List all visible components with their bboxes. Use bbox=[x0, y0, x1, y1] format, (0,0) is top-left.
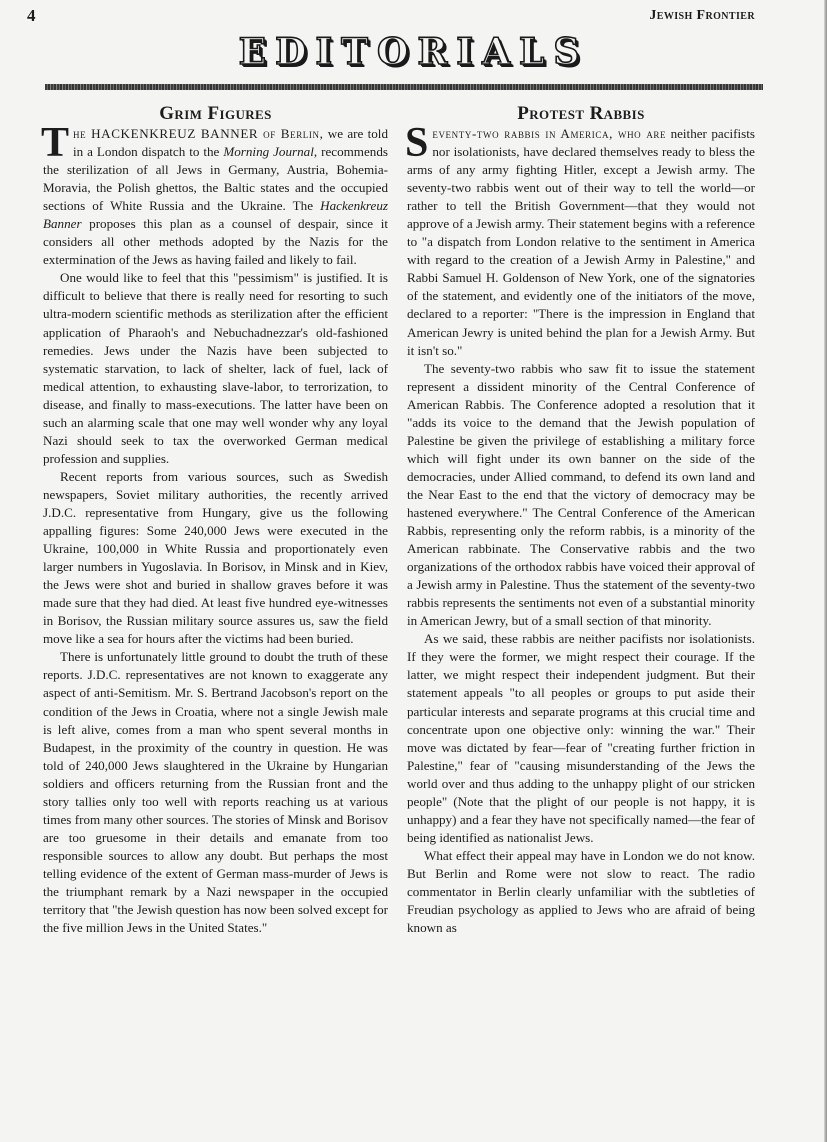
article-paragraph: Recent reports from various sources, suc… bbox=[43, 468, 388, 648]
drop-cap: T bbox=[41, 127, 69, 159]
paragraph-text: neither pacifists nor isolationists, hav… bbox=[407, 126, 755, 358]
article-paragraph: The seventy-two rabbis who saw fit to is… bbox=[407, 360, 755, 631]
masthead-rule bbox=[45, 84, 763, 90]
page-number: 4 bbox=[27, 6, 36, 26]
article-protest-rabbis: Protest Rabbis Seventy-two rabbis in Ame… bbox=[407, 103, 755, 937]
article-paragraph: As we said, these rabbis are neither pac… bbox=[407, 630, 755, 847]
article-title: Grim Figures bbox=[43, 103, 388, 125]
article-grim-figures: Grim Figures The HACKENKREUZ BANNER of B… bbox=[43, 103, 388, 937]
article-title: Protest Rabbis bbox=[407, 103, 755, 125]
lead-in-caps: eventy-two rabbis in America, who are bbox=[432, 126, 666, 141]
publication-name: Morning Journal bbox=[223, 144, 314, 159]
article-lead-paragraph: Seventy-two rabbis in America, who are n… bbox=[407, 125, 755, 360]
drop-cap: S bbox=[405, 127, 428, 159]
running-head: Jewish Frontier bbox=[649, 8, 755, 24]
masthead: EDITORIALS bbox=[0, 30, 827, 74]
lead-in-caps: he HACKENKREUZ BANNER of Berlin, bbox=[73, 126, 323, 141]
article-paragraph: There is unfortunately little ground to … bbox=[43, 648, 388, 937]
article-paragraph: One would like to feel that this "pessim… bbox=[43, 269, 388, 468]
article-paragraph: What effect their appeal may have in Lon… bbox=[407, 847, 755, 937]
section-title: EDITORIALS bbox=[239, 30, 589, 74]
paragraph-text: proposes this plan as a counsel of despa… bbox=[43, 216, 388, 267]
article-lead-paragraph: The HACKENKREUZ BANNER of Berlin, we are… bbox=[43, 125, 388, 269]
